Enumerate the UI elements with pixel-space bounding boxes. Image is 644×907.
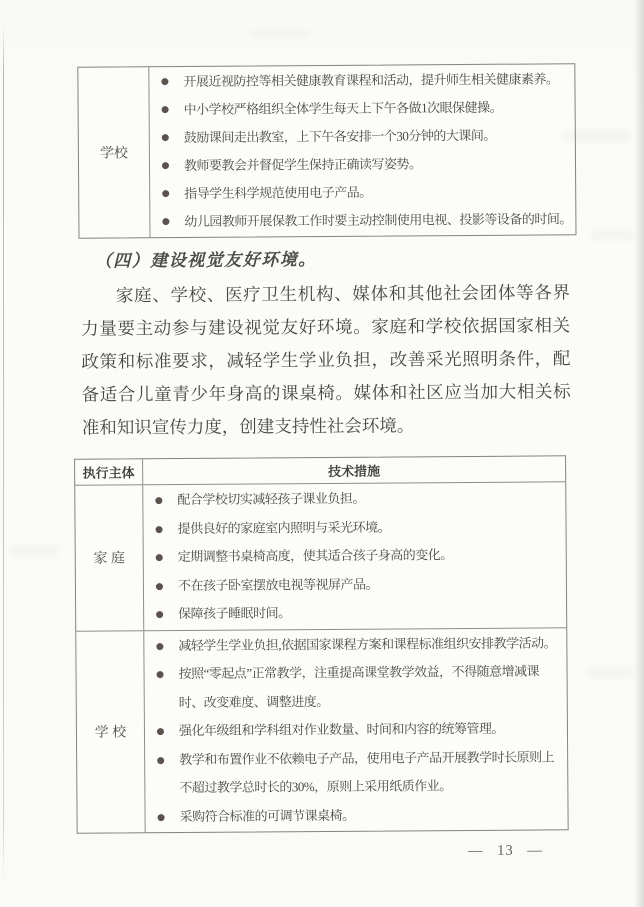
list-item-text: 幼儿园教师开展保教工作时要主动控制使用电视、投影等设备的时间。 bbox=[184, 205, 575, 236]
scan-edge-shadow bbox=[634, 0, 644, 907]
subject-label: 家 庭 bbox=[93, 548, 125, 568]
list-item-text: 教学和布置作业不依赖电子产品，使用电子产品开展教学时长原则上不超过教学总时长的3… bbox=[179, 743, 567, 803]
bullet-icon bbox=[156, 583, 163, 590]
body-paragraph: 家庭、学校、医疗卫生机构、媒体和其他社会团体等各界 力量要主动参与建设视觉友好环… bbox=[81, 276, 571, 444]
bullet-icon bbox=[157, 728, 164, 735]
table-row: 学校 开展近视防控等相关健康教育课程和活动，提升师生相关健康素养。 中小学校严格… bbox=[78, 64, 575, 237]
page-number: — 13 — bbox=[468, 842, 543, 860]
measures-cell: 开展近视防控等相关健康教育课程和活动，提升师生相关健康素养。 中小学校严格组织全… bbox=[149, 64, 575, 237]
header-measures: 技术措施 bbox=[143, 456, 565, 484]
list-item-text: 提供良好的家庭室内照明与采光环境。 bbox=[177, 512, 565, 543]
list-item: 强化年级组和学科组对作业数量、时间和内容的统筹管理。 bbox=[145, 714, 567, 745]
list-item-text: 强化年级组和学科组对作业数量、时间和内容的统筹管理。 bbox=[179, 714, 567, 745]
list-item-text: 保障孩子睡眠时间。 bbox=[178, 597, 566, 628]
measures-cell: 配合学校切实减轻孩子课业负担。 提供良好的家庭室内照明与采光环境。 定期调整书桌… bbox=[143, 482, 566, 629]
list-item: 定期调整书桌椅高度，使其适合孩子身高的变化。 bbox=[144, 540, 566, 571]
list-item-text: 开展近视防控等相关健康教育课程和活动，提升师生相关健康素养。 bbox=[183, 65, 574, 96]
subject-cell: 学 校 bbox=[76, 631, 145, 833]
bullet-icon bbox=[162, 190, 169, 197]
subject-label: 学校 bbox=[100, 142, 128, 162]
subject-label: 学 校 bbox=[95, 722, 127, 742]
paragraph-line: 准和知识宣传力度，创建支持性社会环境。 bbox=[82, 408, 571, 444]
scanned-document-page: 学校 开展近视防控等相关健康教育课程和活动，提升师生相关健康素养。 中小学校严格… bbox=[0, 0, 644, 907]
list-item-text: 不在孩子卧室摆放电视等视屏产品。 bbox=[178, 569, 566, 600]
bullet-icon bbox=[156, 554, 163, 561]
list-item: 按照“零起点”正常教学，注重提高课堂教学效益，不得随意增减课时、改变难度、调整进… bbox=[144, 657, 566, 717]
list-item-text: 采购符合标准的可调节课桌椅。 bbox=[179, 800, 567, 831]
list-item: 幼儿园教师开展保教工作时要主动控制使用电视、投影等设备的时间。 bbox=[150, 205, 575, 236]
table-row-school: 学 校 减轻学生学业负担,依据国家课程方案和课程标准组织安排教学活动。 按照“零… bbox=[76, 627, 567, 833]
table-header-row: 执行主体 技术措施 bbox=[75, 456, 565, 485]
bullet-icon bbox=[157, 757, 164, 764]
measures-cell: 减轻学生学业负担,依据国家课程方案和课程标准组织安排教学活动。 按照“零起点”正… bbox=[144, 628, 567, 832]
list-item: 指导学生科学规范使用电子产品。 bbox=[150, 177, 575, 208]
paragraph-line: 力量要主动参与建设视觉友好环境。家庭和学校依据国家相关 bbox=[81, 309, 570, 345]
bullet-icon bbox=[161, 78, 168, 85]
subject-cell: 家 庭 bbox=[75, 485, 144, 630]
bullet-icon bbox=[157, 671, 164, 678]
list-item-text: 定期调整书桌椅高度，使其适合孩子身高的变化。 bbox=[178, 540, 566, 571]
list-item-text: 中小学校严格组织全体学生每天上下午各做1次眼保健操。 bbox=[184, 93, 575, 124]
list-item-text: 减轻学生学业负担,依据国家课程方案和课程标准组织安排教学活动。 bbox=[178, 629, 566, 660]
list-item: 配合学校切实减轻孩子课业负担。 bbox=[143, 483, 565, 514]
school-measures-table-continued: 学校 开展近视防控等相关健康教育课程和活动，提升师生相关健康素养。 中小学校严格… bbox=[77, 63, 576, 238]
list-item: 教师要教会并督促学生保持正确读写姿势。 bbox=[150, 149, 575, 180]
subject-cell: 学校 bbox=[78, 67, 150, 237]
list-item-text: 教师要教会并督促学生保持正确读写姿势。 bbox=[184, 149, 575, 180]
bullet-icon bbox=[158, 814, 165, 821]
list-item-text: 配合学校切实减轻孩子课业负担。 bbox=[177, 483, 565, 514]
list-item: 减轻学生学业负担,依据国家课程方案和课程标准组织安排教学活动。 bbox=[144, 629, 566, 660]
bullet-icon bbox=[162, 134, 169, 141]
list-item: 不在孩子卧室摆放电视等视屏产品。 bbox=[144, 569, 566, 600]
list-item: 开展近视防控等相关健康教育课程和活动，提升师生相关健康素养。 bbox=[149, 65, 574, 96]
bullet-icon bbox=[162, 218, 169, 225]
bullet-icon bbox=[156, 611, 163, 618]
list-item-text: 鼓励课间走出教室，上下午各安排一个30分钟的大课间。 bbox=[184, 121, 575, 152]
paragraph-line: 备适合儿童青少年身高的课桌椅。媒体和社区应当加大相关标 bbox=[81, 375, 570, 411]
paragraph-line: 政策和标准要求，减轻学生学业负担，改善采光照明条件，配 bbox=[81, 342, 570, 378]
list-item: 采购符合标准的可调节课桌椅。 bbox=[145, 800, 567, 831]
paragraph-line: 家庭、学校、医疗卫生机构、媒体和其他社会团体等各界 bbox=[81, 276, 570, 312]
section-heading: （四）建设视觉友好环境。 bbox=[95, 245, 317, 272]
page-content: 学校 开展近视防控等相关健康教育课程和活动，提升师生相关健康素养。 中小学校严格… bbox=[0, 0, 644, 907]
list-item: 教学和布置作业不依赖电子产品，使用电子产品开展教学时长原则上不超过教学总时长的3… bbox=[145, 743, 567, 803]
header-subject: 执行主体 bbox=[75, 459, 143, 484]
list-item-text: 指导学生科学规范使用电子产品。 bbox=[184, 177, 575, 208]
table-row-family: 家 庭 配合学校切实减轻孩子课业负担。 提供良好的家庭室内照明与采光环境。 定期… bbox=[75, 482, 566, 630]
list-item: 中小学校严格组织全体学生每天上下午各做1次眼保健操。 bbox=[150, 93, 575, 124]
list-item: 提供良好的家庭室内照明与采光环境。 bbox=[143, 512, 565, 543]
list-item-text: 按照“零起点”正常教学，注重提高课堂教学效益，不得随意增减课时、改变难度、调整进… bbox=[178, 657, 566, 717]
bullet-icon bbox=[162, 106, 169, 113]
measures-table: 执行主体 技术措施 家 庭 配合学校切实减轻孩子课业负担。 提供良好的家庭室内照… bbox=[74, 455, 569, 833]
list-item: 鼓励课间走出教室，上下午各安排一个30分钟的大课间。 bbox=[150, 121, 575, 152]
scan-edge-line bbox=[3, 24, 4, 884]
bullet-icon bbox=[156, 643, 163, 650]
list-item: 保障孩子睡眠时间。 bbox=[144, 597, 566, 628]
bullet-icon bbox=[162, 162, 169, 169]
bullet-icon bbox=[155, 497, 162, 504]
bullet-icon bbox=[156, 526, 163, 533]
